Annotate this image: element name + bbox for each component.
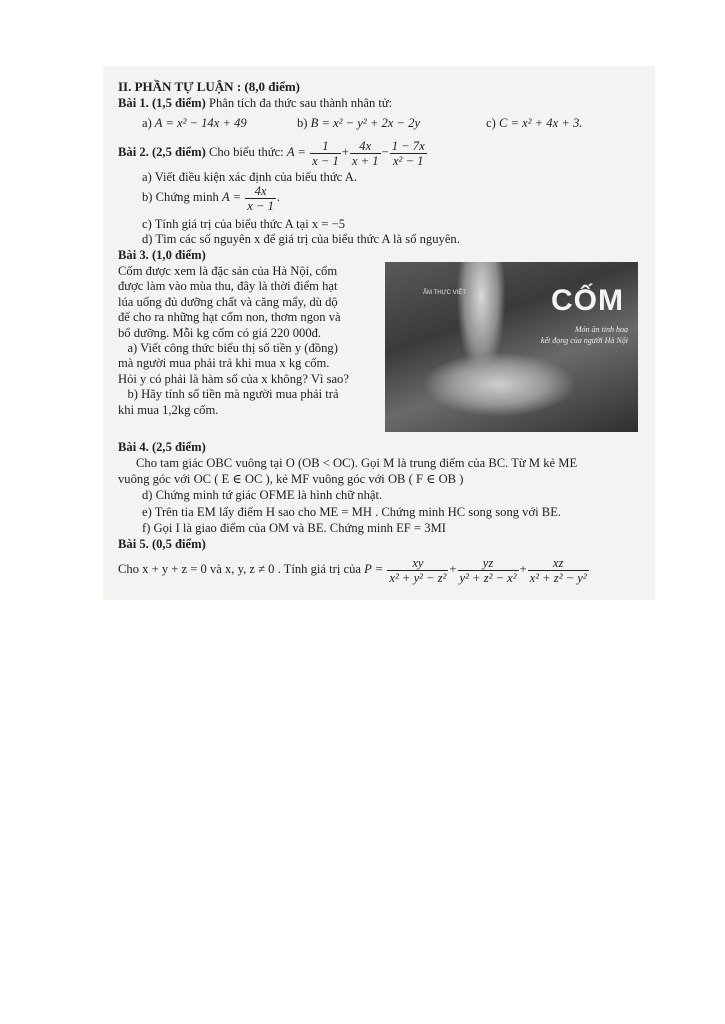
section-title: II. PHẦN TỰ LUẬN : (8,0 điểm): [118, 79, 300, 94]
bai2-header: Bài 2. (2,5 điểm) Cho biểu thức: A = 1x …: [118, 137, 428, 168]
bai1-a: a) A = x² − 14x + 49: [142, 116, 247, 131]
fraction: xzx² + z² − y²: [528, 556, 589, 585]
photo-tag: ẨM THỰC VIỆT: [423, 290, 466, 296]
bai4-heading: Bài 4. (2,5 điểm): [118, 440, 206, 455]
fraction: 4xx + 1: [350, 139, 381, 168]
bai1-b: b) B = x² − y² + 2x − 2y: [297, 116, 420, 131]
bai4-f: f) Gọi I là giao điểm của OM và BE. Chứn…: [142, 521, 446, 536]
bai2-c: c) Tính giá trị của biểu thức A tại x = …: [142, 217, 345, 232]
bai2-d: d) Tìm các số nguyên x để giá trị của bi…: [142, 232, 460, 247]
bai4-line2: vuông góc với OC ( E ∈ OC ), kẻ MF vuông…: [118, 472, 463, 487]
bai4-line1: Cho tam giác OBC vuông tại O (OB < OC). …: [136, 456, 577, 471]
com-photo: ẨM THỰC VIỆT CỐM Món ăn tinh hoa kết đọn…: [385, 262, 638, 432]
bai1-prompt: Phân tích đa thức sau thành nhân tử:: [209, 96, 392, 110]
bai3-text: Cốm được xem là đặc sản của Hà Nội, cốm …: [118, 264, 383, 418]
fraction: yzy² + z² − x²: [458, 556, 519, 585]
bai5-heading: Bài 5. (0,5 điểm): [118, 537, 206, 552]
bai3-heading: Bài 3. (1,0 điểm): [118, 248, 206, 263]
bai4-d: d) Chứng minh tứ giác OFME là hình chữ n…: [142, 488, 382, 503]
bai1-heading: Bài 1. (1,5 điểm): [118, 96, 206, 110]
fraction: xyx² + y² − z²: [387, 556, 448, 585]
fraction: 1 − 7xx² − 1: [390, 139, 427, 168]
bai1-header: Bài 1. (1,5 điểm) Phân tích đa thức sau …: [118, 96, 392, 111]
photo-subtitle: Món ăn tinh hoa kết đọng của người Hà Nộ…: [518, 324, 628, 346]
photo-title: CỐM: [551, 284, 624, 318]
bai1-c: c) C = x² + 4x + 3.: [486, 116, 582, 131]
bai4-e: e) Trên tia EM lấy điểm H sao cho ME = M…: [142, 505, 561, 520]
bai2-b: b) Chứng minh A = 4xx − 1.: [142, 182, 280, 213]
fraction: 4xx − 1: [245, 184, 276, 213]
bai5-body: Cho x + y + z = 0 và x, y, z ≠ 0 . Tính …: [118, 554, 590, 585]
fraction: 1x − 1: [310, 139, 341, 168]
